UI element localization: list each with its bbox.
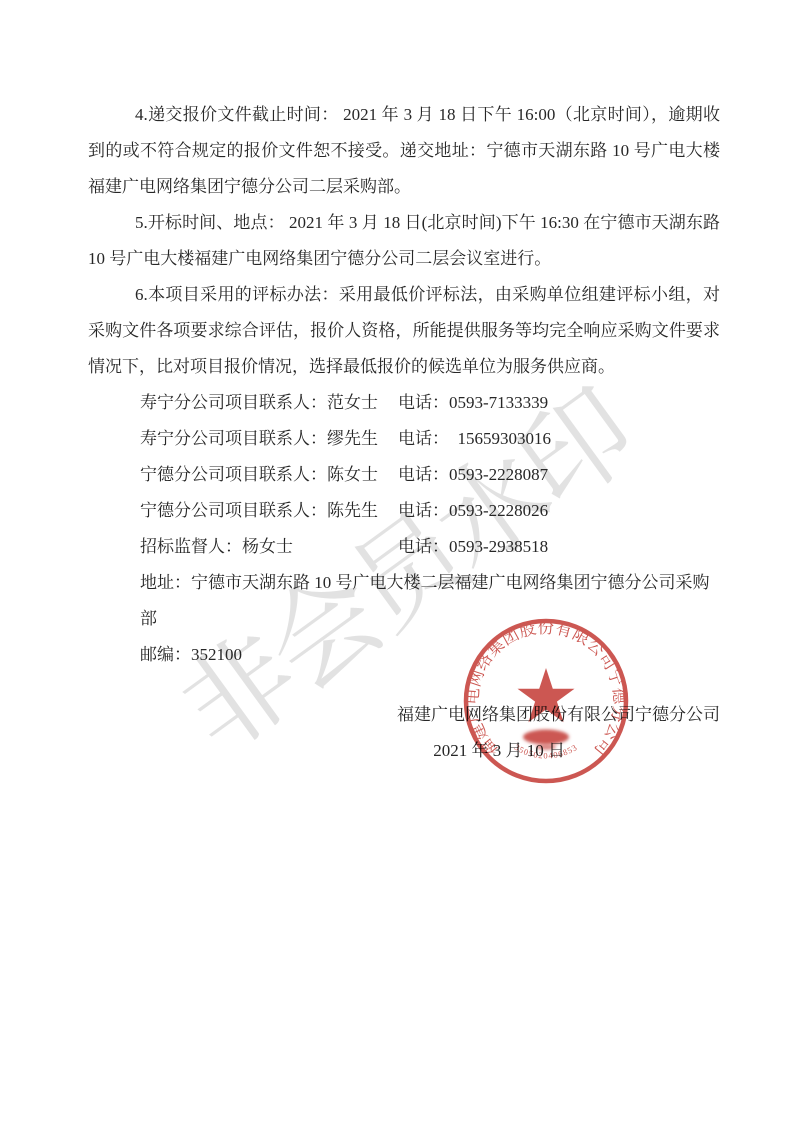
paragraph-submission-deadline: 4.递交报价文件截止时间： 2021 年 3 月 18 日下午 16:00（北京…	[88, 97, 720, 205]
contact-row-supervisor-yang: 招标监督人：杨女士 电话：0593-2938518	[140, 529, 720, 565]
document-page: 非会员水印 4.递交报价文件截止时间： 2021 年 3 月 18 日下午 16…	[0, 0, 793, 1121]
contact-phone: 电话：0593-7133339	[398, 385, 548, 421]
contact-row-ningde-chen-mr: 宁德分公司项目联系人：陈先生 电话：0593-2228026	[140, 493, 720, 529]
address-line: 地址：宁德市天湖东路 10 号广电大楼二层福建广电网络集团宁德分公司采购部	[140, 565, 720, 637]
paragraph-bid-opening: 5.开标时间、地点： 2021 年 3 月 18 日(北京时间)下午 16:30…	[88, 205, 720, 277]
contact-row-shouning-miu: 寿宁分公司项目联系人：缪先生 电话： 15659303016	[140, 421, 720, 457]
contact-label: 寿宁分公司项目联系人：范女士	[140, 385, 398, 421]
contact-phone: 电话：0593-2938518	[398, 529, 548, 565]
seal-star-icon	[518, 668, 575, 722]
contact-row-shouning-fan: 寿宁分公司项目联系人：范女士 电话：0593-7133339	[140, 385, 720, 421]
contact-phone: 电话： 15659303016	[398, 421, 551, 457]
postal-code-line: 邮编：352100	[140, 637, 720, 673]
paragraph-evaluation-method: 6.本项目采用的评标办法：采用最低价评标法，由采购单位组建评标小组，对采购文件各…	[88, 277, 720, 385]
seal-inner-smudge-small	[536, 744, 556, 750]
contact-phone: 电话：0593-2228026	[398, 493, 548, 529]
contact-label: 寿宁分公司项目联系人：缪先生	[140, 421, 398, 457]
company-seal: 福建广电网络集团股份有限公司宁德分公司 3505020406853	[461, 616, 631, 786]
contact-label: 宁德分公司项目联系人：陈先生	[140, 493, 398, 529]
contact-label: 招标监督人：杨女士	[140, 529, 398, 565]
contact-label: 宁德分公司项目联系人：陈女士	[140, 457, 398, 493]
seal-inner-smudge	[523, 730, 569, 745]
contact-row-ningde-chen-ms: 宁德分公司项目联系人：陈女士 电话：0593-2228087	[140, 457, 720, 493]
contact-phone: 电话：0593-2228087	[398, 457, 548, 493]
